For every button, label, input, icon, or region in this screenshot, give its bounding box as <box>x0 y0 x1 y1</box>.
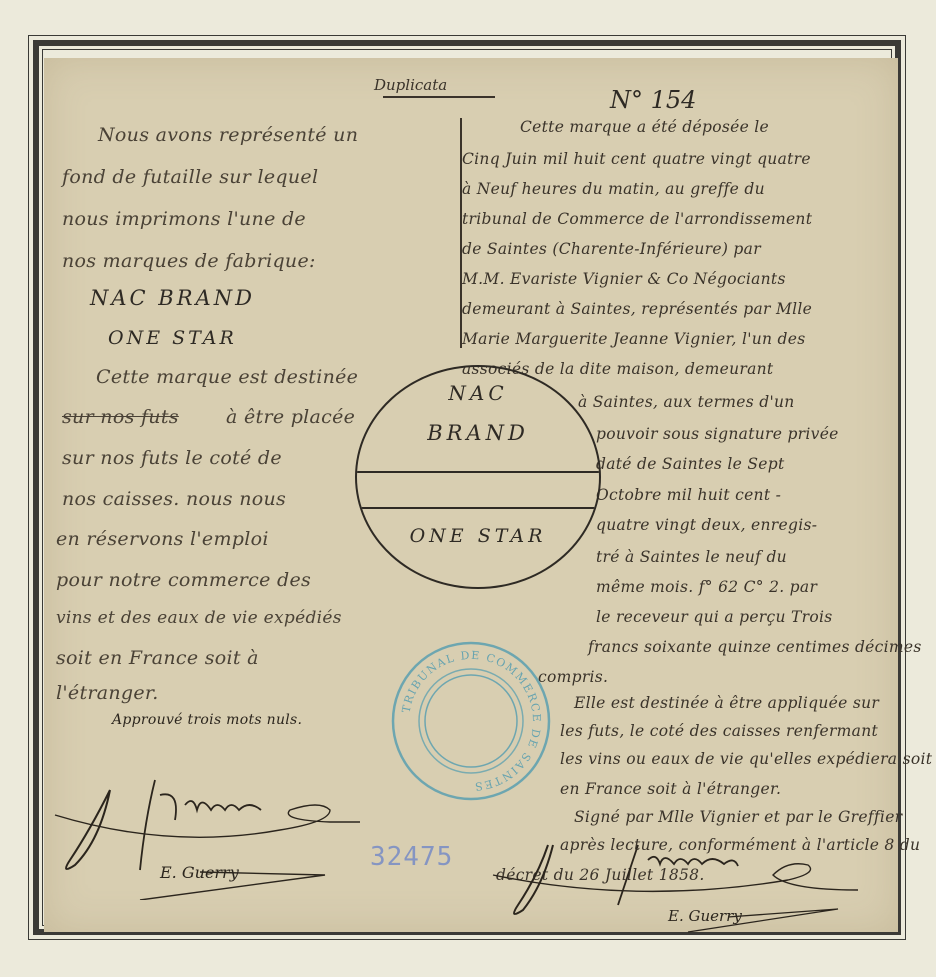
circle-text-onestar: ONE STAR <box>357 525 599 547</box>
approval-note: Approuvé trois mots nuls. <box>112 712 302 728</box>
right-text-line: daté de Saintes le Sept <box>596 455 785 473</box>
right-text-line: de Saintes (Charente-Inférieure) par <box>462 240 761 258</box>
serial-number-stamp: 32475 <box>370 842 453 872</box>
circle-text-brand: BRAND <box>357 421 599 445</box>
left-text-line: nos caisses. nous nous <box>62 488 286 510</box>
right-text-line: en France soit à l'étranger. <box>560 780 781 798</box>
left-text-line: vins et des eaux de vie expédiés <box>56 608 342 628</box>
right-text-line: même mois. f° 62 C° 2. par <box>596 578 817 596</box>
right-text-line: Marie Marguerite Jeanne Vignier, l'un de… <box>462 330 806 348</box>
svg-text:E. Guerry: E. Guerry <box>667 907 742 925</box>
right-text-line: Elle est destinée à être appliquée sur <box>574 694 879 712</box>
right-text-line: Octobre mil huit cent - <box>596 486 781 504</box>
right-text-line: demeurant à Saintes, représentés par Mll… <box>462 300 812 318</box>
duplicata-header: Duplicata <box>374 76 447 94</box>
left-text-line: nos marques de fabrique: <box>62 250 316 272</box>
right-text-line: le receveur qui a perçu Trois <box>596 608 833 626</box>
brand-sub: ONE STAR <box>108 327 237 349</box>
right-text-line: Cette marque a été déposée le <box>520 118 769 136</box>
right-text-line: M.M. Evariste Vignier & Co Négociants <box>462 270 786 288</box>
left-text-line: fond de futaille sur lequel <box>62 166 318 188</box>
tribunal-stamp: TRIBUNAL DE COMMERCE DE SAINTES <box>390 640 552 802</box>
left-text-line: l'étranger. <box>56 682 159 704</box>
right-text-line: les vins ou eaux de vie qu'elles expédie… <box>560 750 932 768</box>
circle-rule-bottom <box>357 507 599 509</box>
circle-text-nac: NAC <box>357 381 599 405</box>
right-text-line: Signé par Mlle Vignier et par le Greffie… <box>574 808 902 826</box>
left-text-line: Cette marque est destinée <box>96 366 358 388</box>
brand-name: NAC BRAND <box>90 286 255 310</box>
signature-vignier-right: E. Guerry <box>488 835 888 935</box>
circle-rule-top <box>357 471 599 473</box>
right-text-line: à Saintes, aux termes d'un <box>578 393 795 411</box>
right-text-line: quatre vingt deux, enregis- <box>596 516 817 534</box>
left-text-line: pour notre commerce des <box>56 569 311 591</box>
left-text-line: Nous avons représenté un <box>98 124 358 146</box>
struck-text: sur nos futs <box>62 406 179 428</box>
right-text-line: tré à Saintes le neuf du <box>596 548 787 566</box>
left-text-line: à être placée <box>226 406 355 428</box>
right-text-line: à Neuf heures du matin, au greffe du <box>462 180 765 198</box>
left-text-line: en réservons l'emploi <box>56 528 269 550</box>
right-text-line: tribunal de Commerce de l'arrondissement <box>462 210 812 228</box>
left-text-line: soit en France soit à <box>56 647 259 669</box>
left-text-line: sur nos futs le coté de <box>62 447 282 469</box>
header-underline <box>383 96 495 98</box>
left-text-line: nous imprimons l'une de <box>62 208 306 230</box>
right-text-line: Cinq Juin mil huit cent quatre vingt qua… <box>462 150 811 168</box>
right-text-line: pouvoir sous signature privée <box>596 425 839 443</box>
brand-circle: NAC BRAND ONE STAR <box>355 365 601 589</box>
document-number: N° 154 <box>610 86 696 114</box>
right-text-line: les futs, le coté des caisses renfermant <box>560 722 878 740</box>
signature-vignier-left: E. Guerry <box>50 760 380 900</box>
right-text-line: francs soixante quinze centimes décimes <box>588 638 922 656</box>
svg-text:TRIBUNAL DE COMMERCE DE SAINTE: TRIBUNAL DE COMMERCE DE SAINTES <box>400 649 544 793</box>
